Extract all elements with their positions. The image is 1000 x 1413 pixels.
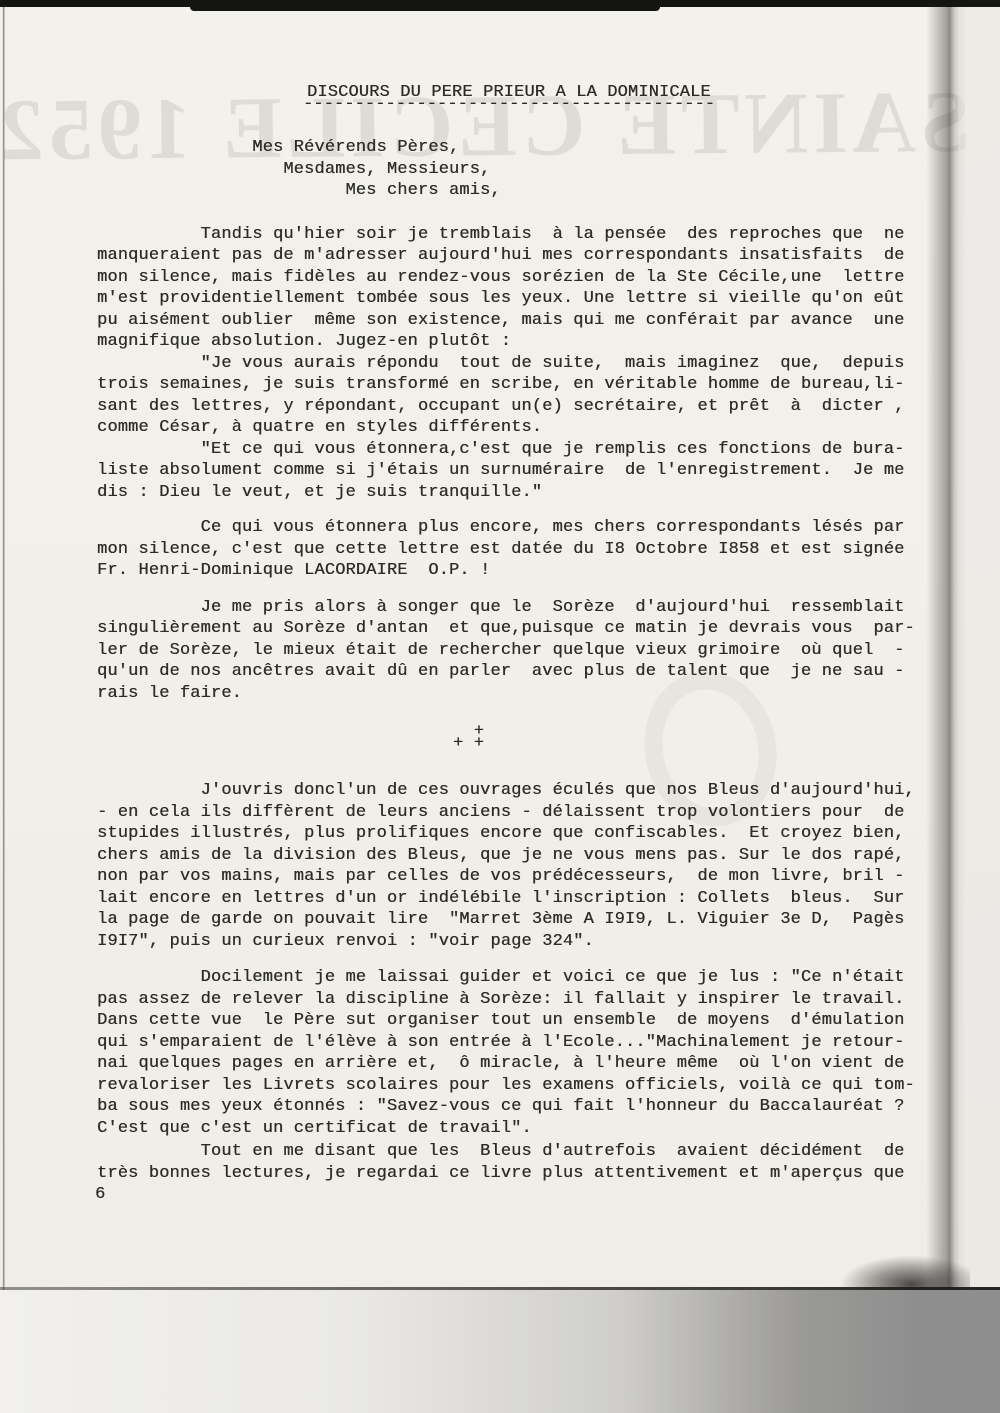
paragraph-5: Je me pris alors à songer que le Sorèze … [97, 597, 957, 705]
paragraph-8: Tout en me disant que les Bleus d'autref… [97, 1141, 957, 1184]
typewritten-text: DISCOURS DU PERE PRIEUR A LA DOMINICALE … [97, 82, 957, 1206]
document-page: SAINTE CECILE 1952 DISCOURS DU PERE PRIE… [0, 6, 1000, 1290]
page-left-edge [2, 6, 5, 1290]
adjacent-page-edge [958, 6, 1000, 1290]
paragraph-3: "Et ce qui vous étonnera,c'est que je re… [97, 439, 957, 504]
paragraph-6: J'ouvris doncl'un de ces ouvrages éculés… [97, 780, 957, 952]
scanned-document: SAINTE CECILE 1952 DISCOURS DU PERE PRIE… [0, 0, 1000, 1413]
scanner-top-edge-thick [190, 0, 660, 11]
salutation-lines: Mes Révérends Pères, Mesdames, Messieurs… [97, 137, 957, 202]
scanner-background [0, 1290, 1000, 1413]
page-number: 6 [95, 1184, 957, 1206]
paragraph-4: Ce qui vous étonnera plus encore, mes ch… [97, 517, 957, 582]
paragraph-2: "Je vous aurais répondu tout de suite, m… [97, 353, 957, 439]
paragraph-7: Docilement je me laissai guider et voici… [97, 967, 957, 1139]
section-separator: + + + [97, 726, 957, 750]
paragraph-1: Tandis qu'hier soir je tremblais à la pe… [97, 224, 957, 353]
title-underline: ---------------------------------------- [97, 94, 957, 116]
